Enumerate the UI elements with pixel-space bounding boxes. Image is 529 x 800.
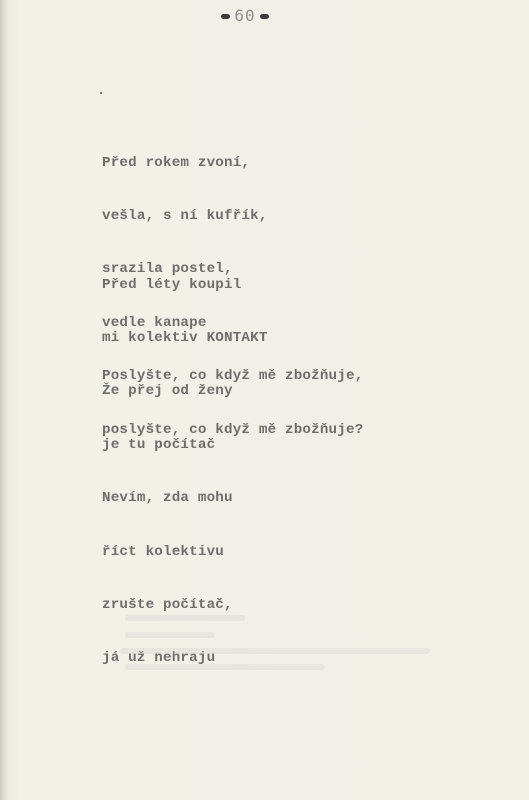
poem-line: Že přej od ženy (102, 383, 268, 401)
show-through-text (125, 615, 245, 621)
page-number-dash-left (221, 14, 230, 19)
poem-line: Před léty koupil (102, 277, 268, 295)
show-through-text (125, 664, 325, 670)
page-number-text: 60 (234, 6, 255, 25)
show-through-text (120, 648, 430, 654)
poem-line: mi kolektiv KONTAKT (102, 330, 268, 348)
poem-line: Před rokem zvoní, (102, 155, 363, 173)
page-number-dash-right (260, 14, 269, 19)
poem-line: říct kolektivu (102, 544, 268, 562)
poem-line: zrušte počítač, (102, 597, 268, 615)
page-number: 60 (0, 6, 490, 25)
ink-speck (100, 92, 102, 94)
typewritten-page: 60 Před rokem zvoní, vešla, s ní kufřík,… (0, 0, 529, 800)
poem-line: Nevím, zda mohu (102, 490, 268, 508)
show-through-text (125, 632, 215, 638)
poem-line: je tu počítač (102, 437, 268, 455)
poem-line: vešla, s ní kufřík, (102, 208, 363, 226)
